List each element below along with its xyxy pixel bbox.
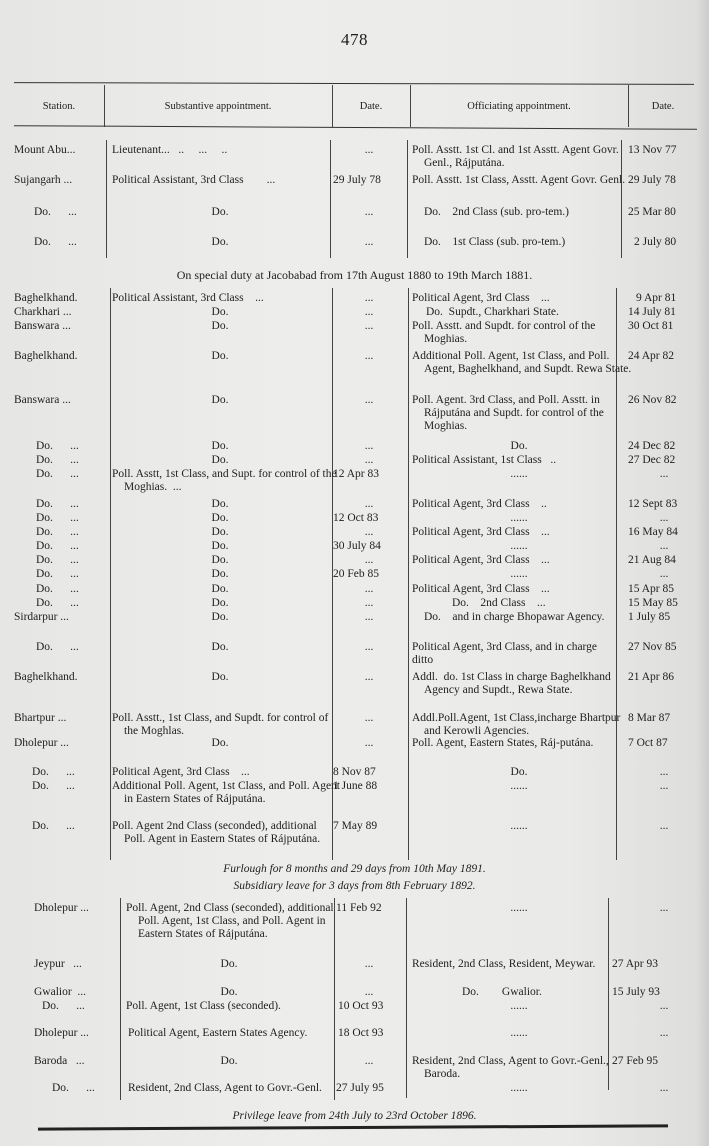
substantive-cell: Do. (112, 306, 328, 319)
station-cell: Do. ... (14, 468, 128, 481)
date-cell: 14 July 81 (628, 306, 700, 319)
officiating-cell: Do. (412, 766, 626, 779)
date-cell: 8 Nov 87 (333, 766, 405, 779)
station-cell: Mount Abu... (14, 144, 106, 157)
station-cell: Banswara ... (14, 320, 106, 333)
date-cell: 11 Feb 92 (336, 902, 408, 915)
date-cell: 7 May 89 (333, 820, 405, 833)
station-cell: Do. ... (14, 641, 128, 654)
officiating-cell: Do. Supdt., Charkhari State. (412, 306, 640, 319)
special-duty-note: On special duty at Jacobabad from 17th A… (0, 268, 709, 283)
date-cell: ... (333, 350, 405, 363)
officiating-cell: Do. (412, 440, 626, 453)
header-date-2: Date. (628, 85, 698, 127)
station-cell: Do. ... (14, 1082, 144, 1095)
date-cell: 21 Aug 84 (628, 554, 700, 567)
date-cell: ... (628, 512, 700, 525)
officiating-cell: Poll. Agent, Eastern States, Ráj-putána. (412, 737, 638, 750)
date-cell: ... (333, 986, 405, 999)
date-cell: 29 July 78 (628, 174, 700, 187)
date-cell: 29 July 78 (333, 174, 405, 187)
header-officiating: Officiating appointment. (410, 85, 629, 127)
station-cell: Do. ... (14, 554, 128, 567)
station-cell: Do. ... (14, 820, 124, 833)
station-cell: Do. ... (14, 597, 128, 610)
officiating-cell: Political Agent, 3rd Class ... (412, 583, 626, 596)
page-number: 478 (0, 30, 709, 50)
station-cell: Dholepur ... (14, 902, 126, 915)
substantive-cell: Do. (112, 583, 328, 596)
station-cell: Do. ... (14, 512, 128, 525)
privilege-leave-note: Privilege leave from 24th July to 23rd O… (0, 1110, 709, 1122)
substantive-cell: Poll. Asstt., 1st Class, and Supdt. for … (112, 712, 340, 738)
furlough-note: Furlough for 8 months and 29 days from 1… (0, 863, 709, 875)
substantive-cell: Do. (112, 206, 328, 219)
substantive-cell: Political Agent, 3rd Class ... (112, 766, 328, 779)
station-cell: Do. ... (14, 568, 128, 581)
officiating-cell: Political Agent, 3rd Class ... (412, 554, 626, 567)
substantive-cell: Poll. Agent 2nd Class (seconded), additi… (112, 820, 340, 846)
officiating-cell: Poll. Asstt. 1st Cl. and 1st Asstt. Agen… (412, 144, 638, 170)
station-cell: Baghelkhand. (14, 350, 106, 363)
substantive-cell: Resident, 2nd Class, Agent to Govr.-Genl… (128, 1082, 344, 1095)
officiating-cell: Political Agent, 3rd Class .. (412, 498, 626, 511)
officiating-cell: Do. 2nd Class (sub. pro-tem.) (412, 206, 638, 219)
station-cell: Dholepur ... (14, 737, 106, 750)
officiating-cell: ...... (412, 1082, 626, 1095)
date-cell: 15 July 93 (612, 986, 684, 999)
date-cell: ... (333, 306, 405, 319)
officiating-cell: ...... (412, 780, 626, 793)
officiating-cell: ...... (412, 820, 626, 833)
date-cell: 30 Oct 81 (628, 320, 700, 333)
station-cell: Baghelkhand. (14, 671, 106, 684)
column-divider (407, 140, 408, 258)
date-cell: ... (333, 394, 405, 407)
date-cell: 9 Apr 81 (628, 292, 708, 305)
subsidiary-leave-note: Subsidiary leave for 3 days from 8th Feb… (0, 880, 709, 892)
officiating-cell: Addl. do. 1st Class in charge Baghelkhan… (412, 671, 638, 697)
date-cell: 26 Nov 82 (628, 394, 700, 407)
substantive-cell: Do. (112, 568, 328, 581)
date-cell: ... (628, 820, 700, 833)
date-cell: ... (333, 611, 405, 624)
date-cell: 18 Oct 93 (338, 1027, 410, 1040)
date-cell: 27 Feb 95 (612, 1055, 684, 1068)
substantive-cell: Lieutenant... .. ... .. (112, 144, 328, 157)
date-cell: 1 July 85 (628, 611, 700, 624)
substantive-cell: Poll. Agent, 2nd Class (seconded), addit… (126, 902, 344, 941)
date-cell: ... (628, 540, 700, 553)
substantive-cell: Do. (112, 498, 328, 511)
substantive-cell: Do. (126, 1055, 332, 1068)
station-cell: Banswara ... (14, 394, 106, 407)
officiating-cell: ...... (412, 540, 626, 553)
substantive-cell: Do. (126, 958, 332, 971)
substantive-cell: Do. (126, 986, 332, 999)
officiating-cell: Additional Poll. Agent, 1st Class, and P… (412, 350, 638, 376)
date-cell: 30 July 84 (333, 540, 405, 553)
date-cell: ... (628, 1082, 700, 1095)
date-cell: ... (333, 206, 405, 219)
station-cell: Jeypur ... (14, 958, 126, 971)
date-cell: ... (333, 554, 405, 567)
officiating-cell: Political Agent, 3rd Class, and in charg… (412, 641, 626, 667)
station-cell: Do. ... (14, 526, 128, 539)
station-cell: Gwalior ... (14, 986, 126, 999)
station-cell: Do. ... (14, 780, 124, 793)
substantive-cell: Do. (112, 737, 328, 750)
date-cell: ... (333, 144, 405, 157)
officiating-cell: ...... (412, 568, 626, 581)
substantive-cell: Do. (112, 454, 328, 467)
date-cell: ... (333, 583, 405, 596)
date-cell: ... (628, 780, 700, 793)
table-header: Station. Substantive appointment. Date. … (14, 85, 699, 127)
date-cell: ... (628, 468, 700, 481)
date-cell: 12 Sept 83 (628, 498, 700, 511)
officiating-cell: Do. 1st Class (sub. pro-tem.) (412, 236, 638, 249)
officiating-cell: Political Assistant, 1st Class .. (412, 454, 626, 467)
station-cell: Do. ... (14, 583, 128, 596)
officiating-cell: Poll. Agent. 3rd Class, and Poll. Asstt.… (412, 394, 638, 433)
date-cell: ... (333, 641, 405, 654)
officiating-cell: Resident, 2nd Class, Resident, Meywar. (412, 958, 638, 971)
officiating-cell: Poll. Asstt. and Supdt. for control of t… (412, 320, 638, 346)
date-cell: ... (628, 1000, 700, 1013)
date-cell: ... (333, 712, 405, 725)
bottom-rule (38, 1124, 668, 1130)
officiating-cell: Addl.Poll.Agent, 1st Class,incharge Bhar… (412, 712, 638, 738)
date-cell: ... (333, 440, 405, 453)
officiating-cell: ...... (412, 902, 626, 915)
date-cell: ... (333, 671, 405, 684)
substantive-cell: Do. (112, 641, 328, 654)
substantive-cell: Political Agent, Eastern States Agency. (128, 1027, 344, 1040)
date-cell: 27 Apr 93 (612, 958, 684, 971)
date-cell: ... (333, 958, 405, 971)
column-divider (406, 898, 407, 1098)
date-cell: ... (333, 526, 405, 539)
date-cell: 27 Nov 85 (628, 641, 700, 654)
header-date-1: Date. (332, 85, 411, 127)
substantive-cell: Do. (112, 512, 328, 525)
substantive-cell: Do. (112, 350, 328, 363)
column-divider (120, 898, 121, 1100)
date-cell: 15 May 85 (628, 597, 700, 610)
substantive-cell: Do. (112, 611, 328, 624)
date-cell: 27 Dec 82 (628, 454, 700, 467)
page-edge-shadow (697, 0, 709, 1146)
date-cell: ... (333, 320, 405, 333)
date-cell: ... (628, 902, 700, 915)
date-cell: ... (333, 737, 405, 750)
station-cell: Baghelkhand. (14, 292, 106, 305)
date-cell: 12 Apr 83 (333, 468, 405, 481)
date-cell: 16 May 84 (628, 526, 700, 539)
date-cell: ... (333, 292, 405, 305)
date-cell: 2 July 80 (628, 236, 706, 249)
date-cell: 24 Apr 82 (628, 350, 700, 363)
substantive-cell: Do. (112, 540, 328, 553)
substantive-cell: Do. (112, 526, 328, 539)
station-cell: Do. ... (14, 1000, 134, 1013)
date-cell: 27 July 95 (336, 1082, 408, 1095)
substantive-cell: Political Assistant, 3rd Class ... (112, 292, 328, 305)
station-cell: Do. ... (14, 236, 126, 249)
officiating-cell: Political Agent, 3rd Class ... (412, 292, 626, 305)
date-cell: ... (333, 597, 405, 610)
substantive-cell: Do. (112, 394, 328, 407)
date-cell: ... (333, 454, 405, 467)
date-cell: ... (628, 568, 700, 581)
station-cell: Sujangarh ... (14, 174, 106, 187)
substantive-cell: Do. (112, 440, 328, 453)
officiating-cell: Political Agent, 3rd Class ... (412, 526, 626, 539)
station-cell: Do. ... (14, 540, 128, 553)
header-substantive: Substantive appointment. (104, 85, 333, 127)
station-cell: Sirdarpur ... (14, 611, 106, 624)
substantive-cell: Poll. Asstt, 1st Class, and Supt. for co… (112, 468, 340, 494)
officiating-cell: Poll. Asstt. 1st Class, Asstt. Agent Gov… (412, 174, 638, 187)
officiating-cell: ...... (412, 1027, 626, 1040)
officiating-cell: ...... (412, 512, 626, 525)
substantive-cell: Poll. Agent, 1st Class (seconded). (126, 1000, 336, 1013)
header-station: Station. (14, 85, 105, 127)
station-cell: Do. ... (14, 440, 128, 453)
date-cell: 13 Nov 77 (628, 144, 700, 157)
date-cell: 20 Feb 85 (333, 568, 405, 581)
date-cell: 1 June 88 (333, 780, 405, 793)
station-cell: Charkhari ... (14, 306, 106, 319)
date-cell: 8 Mar 87 (628, 712, 700, 725)
column-divider (330, 140, 331, 258)
date-cell: 12 Oct 83 (333, 512, 405, 525)
date-cell: 24 Dec 82 (628, 440, 700, 453)
date-cell: ... (628, 1027, 700, 1040)
substantive-cell: Do. (112, 671, 328, 684)
station-cell: Do. ... (14, 206, 126, 219)
document-page: 478 Station. Substantive appointment. Da… (0, 0, 709, 1146)
substantive-cell: Do. (112, 236, 328, 249)
date-cell: ... (333, 498, 405, 511)
station-cell: Do. ... (14, 766, 124, 779)
date-cell: 15 Apr 85 (628, 583, 700, 596)
station-cell: Baroda ... (14, 1055, 126, 1068)
date-cell: ... (333, 1055, 405, 1068)
station-cell: Do. ... (14, 454, 128, 467)
substantive-cell: Additional Poll. Agent, 1st Class, and P… (112, 780, 340, 806)
date-cell: 21 Apr 86 (628, 671, 700, 684)
station-cell: Dholepur ... (14, 1027, 126, 1040)
substantive-cell: Political Assistant, 3rd Class ... (112, 174, 328, 187)
date-cell: 10 Oct 93 (338, 1000, 410, 1013)
column-divider (408, 288, 409, 860)
date-cell: 7 Oct 87 (628, 737, 700, 750)
date-cell: 25 Mar 80 (628, 206, 700, 219)
station-cell: Do. ... (14, 498, 128, 511)
officiating-cell: ...... (412, 1000, 626, 1013)
officiating-cell: Resident, 2nd Class, Agent to Govr.-Genl… (412, 1055, 638, 1081)
substantive-cell: Do. (112, 554, 328, 567)
date-cell: ... (333, 236, 405, 249)
substantive-cell: Do. (112, 597, 328, 610)
substantive-cell: Do. (112, 320, 328, 333)
date-cell: ... (628, 766, 700, 779)
officiating-cell: ...... (412, 468, 626, 481)
station-cell: Bhartpur ... (14, 712, 106, 725)
